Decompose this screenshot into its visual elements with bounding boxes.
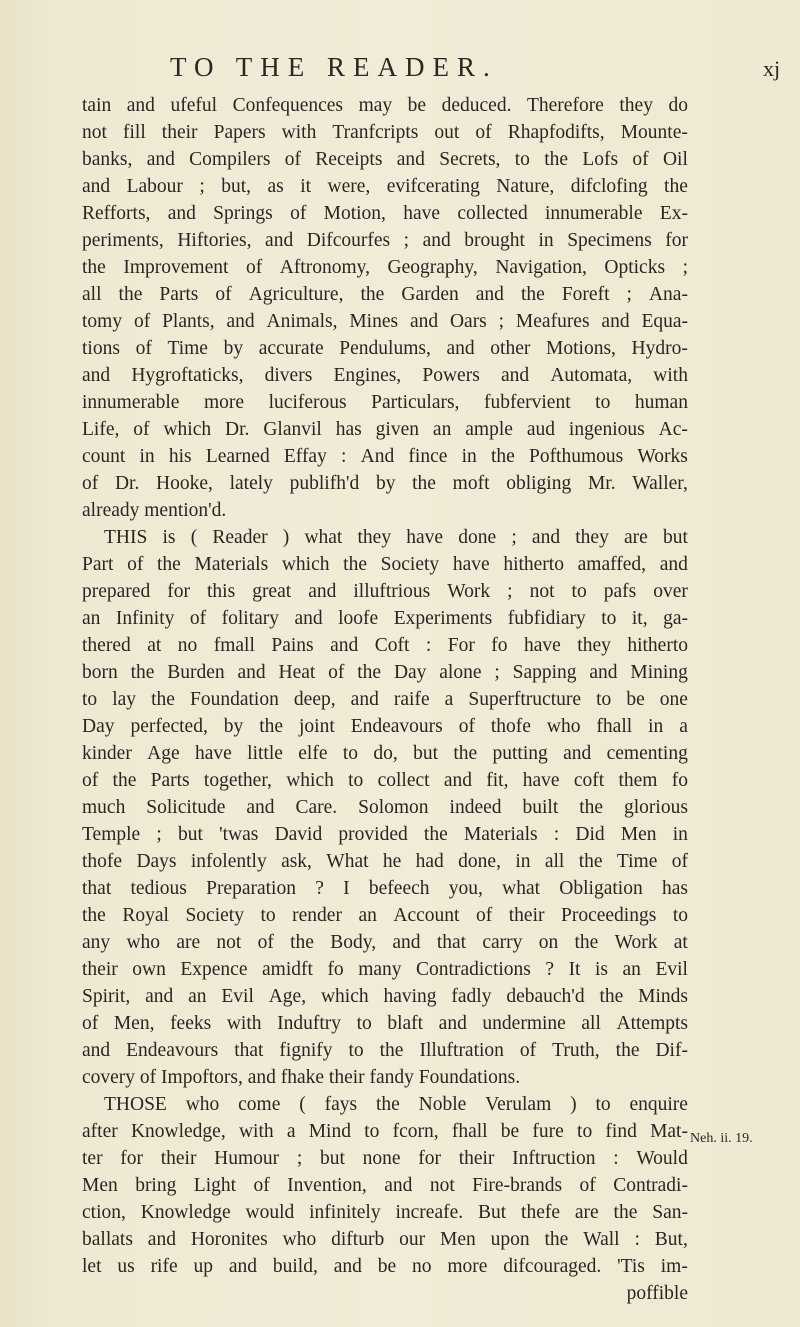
- word: Men: [82, 1172, 118, 1199]
- word: of: [127, 551, 143, 578]
- text-line: tomyofPlants,andAnimals,MinesandOars;Mea…: [82, 308, 688, 335]
- word: increafe.: [395, 1199, 463, 1226]
- word: their: [161, 1145, 197, 1172]
- word: loofe: [338, 605, 378, 632]
- word: after: [82, 1118, 118, 1145]
- word: and: [226, 308, 254, 335]
- word: Inftruction: [512, 1145, 595, 1172]
- word: Days: [136, 848, 176, 875]
- text-line: countinhisLearnedEffay:AndfinceinthePoft…: [82, 443, 688, 470]
- word: the: [491, 443, 515, 470]
- word: the: [151, 686, 175, 713]
- word: with: [653, 362, 688, 389]
- word: to: [364, 1118, 379, 1145]
- text-line: Dayperfected,bythejointEndeavoursofthofe…: [82, 713, 688, 740]
- word: ;: [156, 821, 161, 848]
- word: Compilers: [189, 146, 270, 173]
- word: Time: [617, 848, 657, 875]
- word: the: [131, 659, 155, 686]
- word: fignify: [279, 1037, 332, 1064]
- word: the: [614, 1199, 638, 1226]
- word: Day: [82, 713, 115, 740]
- word: be: [626, 686, 644, 713]
- word: and: [660, 551, 688, 578]
- word: to: [572, 578, 587, 605]
- word: banks,: [82, 146, 132, 173]
- word: Evil: [655, 956, 688, 983]
- word: of: [82, 1010, 98, 1037]
- word: the: [119, 281, 143, 308]
- word: having: [383, 983, 436, 1010]
- word: Motions,: [546, 335, 616, 362]
- word: elfe: [298, 740, 327, 767]
- word: brought: [464, 227, 525, 254]
- word: Work: [615, 929, 658, 956]
- word: What: [326, 848, 368, 875]
- word: Age: [147, 740, 180, 767]
- word: out: [434, 119, 459, 146]
- word: and: [82, 1037, 110, 1064]
- margin-note: Neh. ii. 19.: [690, 1131, 753, 1147]
- word: feeks: [170, 1010, 211, 1037]
- word: the: [545, 1226, 569, 1253]
- word: ction,: [82, 1199, 126, 1226]
- word: :: [426, 632, 431, 659]
- word: evifcerating: [387, 173, 480, 200]
- word: infolently: [191, 848, 267, 875]
- word: all: [82, 281, 102, 308]
- word: and: [563, 740, 591, 767]
- word: on: [539, 929, 559, 956]
- word: Care.: [295, 794, 337, 821]
- word: none: [363, 1145, 401, 1172]
- word: have: [195, 740, 232, 767]
- word: by: [376, 470, 396, 497]
- word: Glanvil: [263, 416, 322, 443]
- word: Mines: [349, 308, 398, 335]
- word: ;: [507, 578, 512, 605]
- word: Endeavours: [126, 1037, 218, 1064]
- word: But: [478, 1199, 506, 1226]
- word: of: [520, 1037, 536, 1064]
- word: and: [601, 308, 629, 335]
- text-line: theRoyalSocietytorenderanAccountoftheirP…: [82, 902, 688, 929]
- word: ?: [545, 956, 554, 983]
- word: ): [570, 1091, 577, 1118]
- word: alone: [439, 659, 481, 686]
- word: ter: [82, 1145, 103, 1172]
- word: are: [624, 524, 648, 551]
- word: to: [348, 1037, 363, 1064]
- word: Papers: [214, 119, 266, 146]
- word: and: [246, 794, 274, 821]
- word: folitary: [222, 605, 279, 632]
- word: aud: [527, 416, 555, 443]
- word: have: [524, 632, 561, 659]
- word: :: [634, 1226, 639, 1253]
- word: Fire-brands: [472, 1172, 562, 1199]
- text-line: muchSolicitudeandCare.Solomonindeedbuilt…: [82, 794, 688, 821]
- word: and: [334, 1253, 362, 1280]
- word: of: [672, 848, 688, 875]
- word: in: [462, 443, 477, 470]
- word: not: [530, 578, 555, 605]
- word: pafs: [604, 578, 637, 605]
- word: little: [247, 740, 283, 767]
- word: an: [623, 956, 641, 983]
- word: Waller,: [632, 470, 688, 497]
- word: not: [216, 929, 241, 956]
- word: Noble: [419, 1091, 467, 1118]
- word: Lofs: [582, 146, 618, 173]
- word: be: [378, 1253, 396, 1280]
- word: to: [577, 1118, 592, 1145]
- word: which: [321, 983, 369, 1010]
- word: of: [328, 659, 344, 686]
- word: Hygroftaticks,: [131, 362, 243, 389]
- word: great: [252, 578, 291, 605]
- running-head: TO THE READER.: [170, 52, 498, 83]
- word: them: [618, 767, 657, 794]
- word: Improvement: [123, 254, 228, 281]
- text-line: theredatnofmallPainsandCoft:Forfohavethe…: [82, 632, 688, 659]
- word: ga-: [663, 605, 688, 632]
- word: And: [361, 443, 395, 470]
- word: Preparation: [206, 875, 296, 902]
- word: Aftronomy,: [280, 254, 370, 281]
- word: they: [619, 92, 653, 119]
- word: the: [544, 146, 568, 173]
- word: all: [581, 1010, 601, 1037]
- word: let: [82, 1253, 102, 1280]
- word: moft: [453, 470, 490, 497]
- word: the: [113, 767, 137, 794]
- word: and: [532, 524, 560, 551]
- word: Proceedings: [561, 902, 656, 929]
- word: are: [176, 929, 200, 956]
- word: it,: [632, 605, 648, 632]
- text-line: PartoftheMaterialswhichtheSocietyhavehit…: [82, 551, 688, 578]
- word: to: [595, 389, 610, 416]
- word: Dr.: [115, 470, 139, 497]
- word: the: [521, 281, 545, 308]
- word: putting: [493, 740, 548, 767]
- word: Learned: [206, 443, 270, 470]
- word: would: [246, 1199, 295, 1226]
- word: who: [126, 929, 160, 956]
- word: Day: [394, 659, 427, 686]
- word: Opticks: [604, 254, 665, 281]
- word: But,: [655, 1226, 688, 1253]
- word: Royal: [122, 902, 169, 929]
- word: but: [178, 821, 203, 848]
- word: Automata,: [550, 362, 632, 389]
- word: (: [191, 524, 198, 551]
- word: the: [380, 1037, 404, 1064]
- word: do,: [373, 740, 397, 767]
- word: amaffed,: [578, 551, 646, 578]
- word: and: [168, 200, 196, 227]
- word: and: [330, 632, 358, 659]
- word: and: [295, 605, 323, 632]
- text-line: andLabour;but,asitwere,evifceratingNatur…: [82, 173, 688, 200]
- word: born: [82, 659, 118, 686]
- text-line: theirownExpenceamidftfomanyContradiction…: [82, 956, 688, 983]
- word: the: [290, 929, 314, 956]
- word: Time: [167, 335, 207, 362]
- word: all: [545, 848, 565, 875]
- word: fubfidiary: [508, 605, 586, 632]
- word: with: [282, 119, 317, 146]
- word: Works: [637, 443, 687, 470]
- word: Invention,: [287, 1172, 367, 1199]
- text-line: anywhoarenotoftheBody,andthatcarryontheW…: [82, 929, 688, 956]
- text-line: periments,Hiftories,andDifcourfes;andbro…: [82, 227, 688, 254]
- word: Light: [194, 1172, 236, 1199]
- word: in: [140, 443, 155, 470]
- word: accurate: [259, 335, 324, 362]
- word: fo: [491, 632, 507, 659]
- word: Evil: [221, 983, 254, 1010]
- word: ): [283, 524, 290, 551]
- word: infinitely: [309, 1199, 381, 1226]
- word: but: [320, 1145, 345, 1172]
- word: thofe: [491, 713, 531, 740]
- word: of: [190, 605, 206, 632]
- word: fadly: [451, 983, 491, 1010]
- word: an: [82, 605, 100, 632]
- word: which: [163, 416, 211, 443]
- word: of: [475, 119, 491, 146]
- word: is: [163, 524, 176, 551]
- word: 'twas: [219, 821, 258, 848]
- word: undermine: [482, 1010, 565, 1037]
- word: tomy: [82, 308, 122, 335]
- word: as: [268, 173, 284, 200]
- word: ;: [494, 659, 499, 686]
- word: build,: [273, 1253, 318, 1280]
- word: tain: [82, 92, 111, 119]
- word: joint: [299, 713, 335, 740]
- word: Pendulums,: [339, 335, 431, 362]
- paragraph-start: THOSEwhocome(faystheNobleVerulam)toenqui…: [82, 1091, 688, 1118]
- word: the: [259, 713, 283, 740]
- word: fo: [327, 956, 343, 983]
- text-line: kinderAgehavelittleelfetodo,buttheputtin…: [82, 740, 688, 767]
- text-line: letusrifeupandbuild,andbenomoredifcourag…: [82, 1253, 688, 1280]
- word: their: [459, 1145, 495, 1172]
- word: us: [117, 1253, 134, 1280]
- word: Temple: [82, 821, 140, 848]
- word: raife: [394, 686, 430, 713]
- word: the: [412, 470, 436, 497]
- word: ingenious: [569, 416, 645, 443]
- word: Solicitude: [146, 794, 225, 821]
- word: and: [589, 659, 617, 686]
- word: render: [292, 902, 342, 929]
- word: Refforts,: [82, 200, 150, 227]
- word: had: [416, 848, 444, 875]
- word: the: [157, 551, 181, 578]
- word: to: [260, 902, 275, 929]
- word: more: [447, 1253, 487, 1280]
- word: periments,: [82, 227, 164, 254]
- text-line: borntheBurdenandHeatoftheDayalone;Sappin…: [82, 659, 688, 686]
- word: Verulam: [485, 1091, 551, 1118]
- word: hitherto: [627, 632, 688, 659]
- text-line: andEndeavoursthatfignifytotheIlluftratio…: [82, 1037, 688, 1064]
- word: and: [147, 146, 175, 173]
- word: (: [299, 1091, 306, 1118]
- word: human: [635, 389, 688, 416]
- word: San-: [652, 1199, 688, 1226]
- word: Confequences: [233, 92, 343, 119]
- word: they: [575, 524, 609, 551]
- word: Therefore: [527, 92, 604, 119]
- word: come: [238, 1091, 280, 1118]
- word: fmall: [214, 632, 255, 659]
- word: Dr.: [225, 416, 249, 443]
- word: hitherto: [503, 551, 564, 578]
- word: lay: [112, 686, 136, 713]
- word: done,: [458, 848, 501, 875]
- word: the: [357, 659, 381, 686]
- word: Difcourfes: [307, 227, 390, 254]
- word: of: [580, 1172, 596, 1199]
- word: to: [515, 146, 530, 173]
- word: THOSE: [104, 1091, 167, 1118]
- word: Parts: [151, 767, 190, 794]
- word: Foundation: [190, 686, 279, 713]
- word: no: [412, 1253, 432, 1280]
- word: own: [132, 956, 166, 983]
- word: Attempts: [617, 1010, 689, 1037]
- word: THIS: [104, 524, 147, 551]
- text-line: ction,Knowledgewouldinfinitelyincreafe.B…: [82, 1199, 688, 1226]
- word: Rhapfodifts,: [508, 119, 605, 146]
- word: he: [383, 848, 401, 875]
- text-line: Refforts,andSpringsofMotion,havecollecte…: [82, 200, 688, 227]
- word: For: [448, 632, 475, 659]
- word: you,: [449, 875, 483, 902]
- word: built: [522, 794, 558, 821]
- word: Plants,: [162, 308, 215, 335]
- word: Illuftration: [419, 1037, 503, 1064]
- word: ufeful: [170, 92, 217, 119]
- word: :: [613, 1145, 618, 1172]
- word: Expence: [180, 956, 247, 983]
- word: has: [336, 416, 362, 443]
- word: deep,: [294, 686, 336, 713]
- word: difclofing: [571, 173, 648, 200]
- word: and: [229, 1253, 257, 1280]
- word: Burden: [167, 659, 224, 686]
- word: bring: [135, 1172, 176, 1199]
- word: are: [575, 1199, 599, 1226]
- word: this: [207, 578, 235, 605]
- word: difcouraged.: [503, 1253, 601, 1280]
- word: ;: [627, 281, 632, 308]
- word: cementing: [607, 740, 688, 767]
- word: up: [193, 1253, 213, 1280]
- word: innumerable: [545, 200, 642, 227]
- word: more: [204, 389, 244, 416]
- word: Age,: [269, 983, 306, 1010]
- word: Contradictions: [416, 956, 531, 983]
- word: their: [509, 902, 545, 929]
- word: to: [601, 605, 616, 632]
- word: tions: [82, 335, 120, 362]
- word: has: [662, 875, 688, 902]
- word: Ex-: [660, 200, 688, 227]
- word: Did: [575, 821, 604, 848]
- text-line: ofMen,feekswithInduftrytoblaftandundermi…: [82, 1010, 688, 1037]
- word: of: [632, 146, 648, 173]
- word: of: [476, 902, 492, 929]
- word: im-: [661, 1253, 688, 1280]
- word: it: [300, 173, 311, 200]
- text-line: thattediousPreparation?Ibefeechyou,whatO…: [82, 875, 688, 902]
- word: that: [437, 929, 466, 956]
- word: the: [579, 794, 603, 821]
- word: publifh'd: [290, 470, 360, 497]
- word: enquire: [629, 1091, 687, 1118]
- word: Body,: [330, 929, 376, 956]
- word: Specimens: [567, 227, 651, 254]
- word: and: [384, 1172, 412, 1199]
- word: Men: [440, 1226, 476, 1253]
- word: Coft: [375, 632, 410, 659]
- word: Humour: [214, 1145, 279, 1172]
- word: an: [433, 416, 451, 443]
- text-line: tionsofTimebyaccuratePendulums,andotherM…: [82, 335, 688, 362]
- word: Ana-: [649, 281, 688, 308]
- text-line: tainandufefulConfequencesmaybededuced.Th…: [82, 92, 688, 119]
- word: debauch'd: [506, 983, 584, 1010]
- word: to: [595, 1091, 610, 1118]
- word: Foreft: [562, 281, 610, 308]
- text-line: already mention'd.: [82, 497, 688, 524]
- word: and: [423, 227, 451, 254]
- word: but: [663, 524, 688, 551]
- paragraph-start: THISis(Reader)whattheyhavedone;andtheyar…: [82, 524, 688, 551]
- word: Garden: [401, 281, 458, 308]
- word: Obligation: [559, 875, 642, 902]
- word: be: [408, 92, 426, 119]
- word: fhall: [452, 1118, 488, 1145]
- word: our: [399, 1226, 425, 1253]
- word: at: [147, 632, 161, 659]
- word: that: [82, 875, 111, 902]
- word: and: [265, 227, 293, 254]
- word: of: [133, 416, 149, 443]
- word: Life,: [82, 416, 119, 443]
- word: indeed: [450, 794, 502, 821]
- word: Agriculture,: [249, 281, 344, 308]
- word: thefe: [521, 1199, 560, 1226]
- text-line: andHygroftaticks,diversEngines,Powersand…: [82, 362, 688, 389]
- word: by: [224, 713, 244, 740]
- word: Springs: [213, 200, 273, 227]
- word: Men: [621, 821, 657, 848]
- word: David: [275, 821, 323, 848]
- word: for: [167, 578, 190, 605]
- word: Hydro-: [632, 335, 688, 362]
- word: fince: [408, 443, 447, 470]
- text-line: covery of Impoftors, and fhake their fan…: [82, 1064, 688, 1091]
- word: lately: [230, 470, 273, 497]
- word: and: [444, 767, 472, 794]
